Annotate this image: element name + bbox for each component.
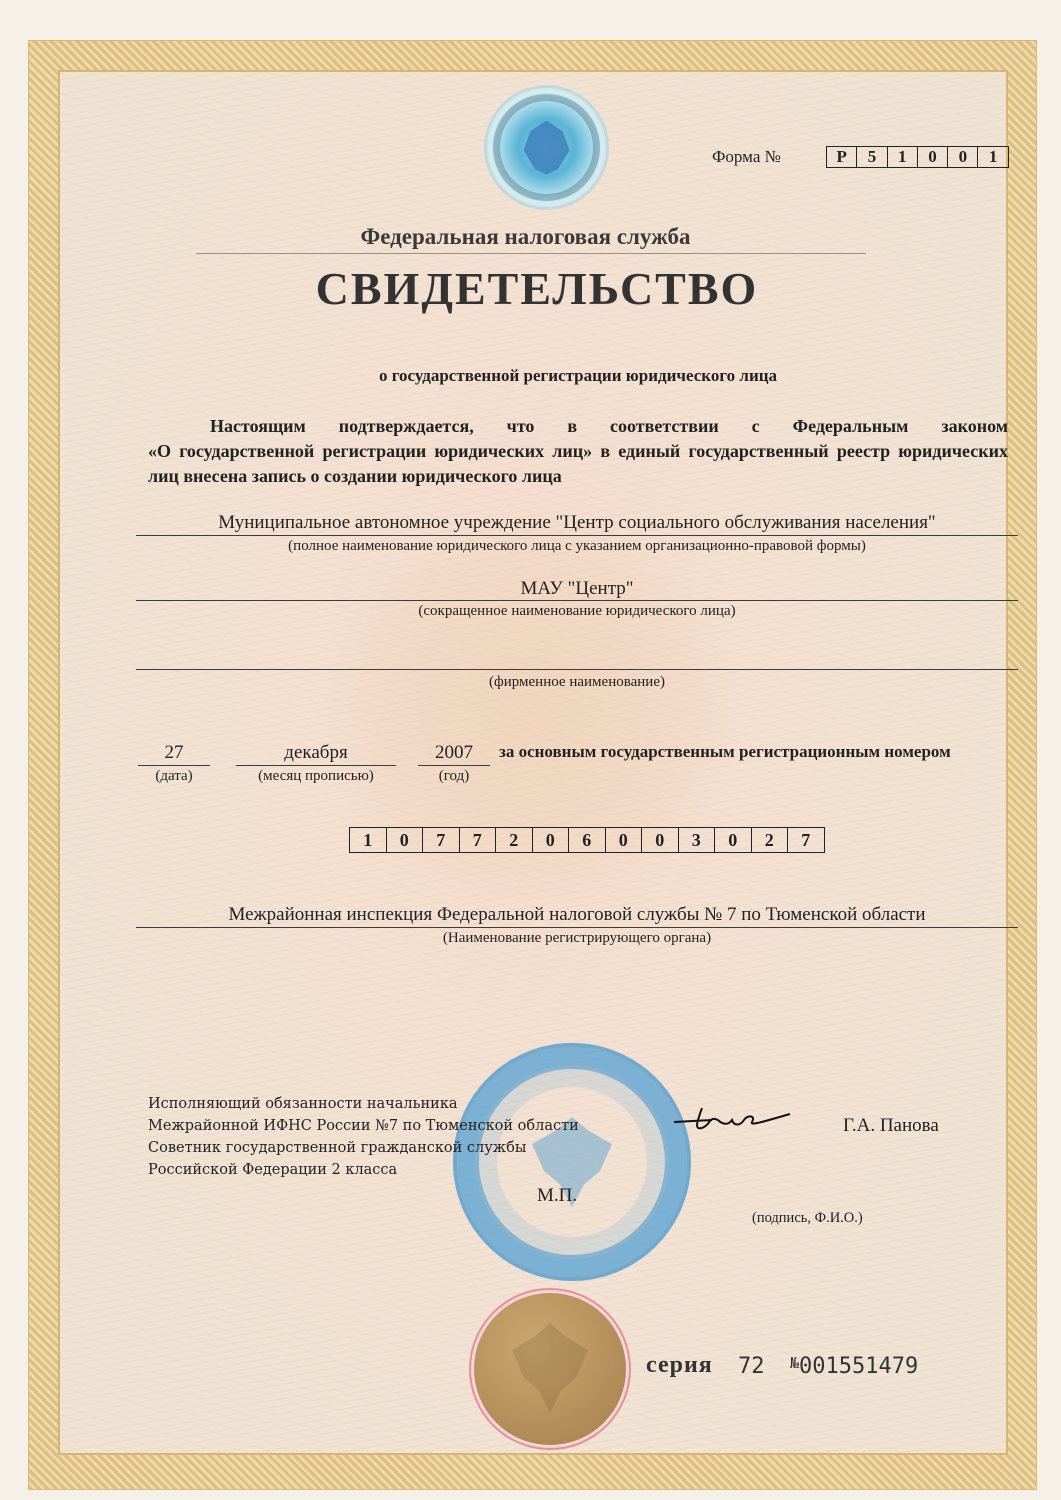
ogrn-digit: 7 [459,828,496,852]
full-name-value: Муниципальное автономное учреждение "Цен… [136,512,1018,534]
series-value: 72 [738,1354,765,1379]
short-name-line [136,600,1018,601]
signatory-line: Российской Федерации 2 класса [148,1159,579,1181]
signatory-line: Межрайонной ИФНС России №7 по Тюменской … [148,1115,579,1137]
signature-caption: (подпись, Ф.И.О.) [752,1210,863,1227]
ogrn-digit: 7 [422,828,459,852]
gold-embossed-seal-icon [474,1293,626,1445]
date-year-caption: (год) [418,768,490,785]
short-name-value: МАУ "Центр" [136,578,1018,600]
brand-name-line [136,669,1018,670]
date-day: 27 [138,742,210,764]
form-char: 1 [977,147,1007,167]
handwritten-signature-icon [672,1100,792,1140]
registrar-value: Межрайонная инспекция Федеральной налого… [136,904,1018,926]
form-number-label: Форма № [712,147,781,167]
agency-divider [196,253,866,254]
signatory-line: Исполняющий обязанности начальника [148,1093,579,1115]
ogrn-digit: 2 [751,828,788,852]
agency-name: Федеральная налоговая служба [0,224,1061,250]
statement-line-1: Настоящим подтверждается, что в соответс… [148,414,1008,439]
ogrn-digit: 3 [678,828,715,852]
ogrn-digit: 7 [787,828,824,852]
ogrn-digit: 0 [714,828,751,852]
form-number-boxes: Р 5 1 0 0 1 [826,146,1009,168]
date-day-line [138,765,210,766]
signatory-line: Советник государственной гражданской слу… [148,1137,579,1159]
brand-name-caption: (фирменное наименование) [136,674,1018,691]
date-year-line [418,765,490,766]
ogrn-lead-text: за основным государственным регистрацион… [499,742,951,762]
date-year: 2007 [418,742,490,764]
ogrn-digit: 0 [641,828,678,852]
certificate-number-value: 001551479 [799,1354,918,1379]
date-day-caption: (дата) [138,768,210,785]
certificate-number: №001551479 [790,1354,918,1379]
document-subtitle: о государственной регистрации юридическо… [0,366,1061,386]
form-char: 5 [856,147,886,167]
form-char: 1 [887,147,917,167]
series-label: серия [646,1352,713,1379]
date-month: декабря [236,742,396,764]
registrar-line [136,927,1018,928]
ogrn-digit: 6 [568,828,605,852]
number-sign: № [790,1354,799,1372]
full-name-line [136,535,1018,536]
ogrn-digit: 0 [605,828,642,852]
ogrn-digit: 2 [495,828,532,852]
signer-name: Г.А. Панова [843,1115,939,1137]
document-title: СВИДЕТЕЛЬСТВО [0,262,1061,315]
form-char: 0 [947,147,977,167]
date-month-line [236,765,396,766]
ogrn-digit: 0 [532,828,569,852]
registrar-caption: (Наименование регистрирующего органа) [136,930,1018,947]
full-name-caption: (полное наименование юридического лица с… [136,538,1018,555]
ogrn-digit: 1 [350,828,386,852]
form-char: 0 [917,147,947,167]
ogrn-digit: 0 [386,828,423,852]
fns-hologram-emblem-icon [487,88,606,207]
date-month-caption: (месяц прописью) [236,768,396,785]
signatory-title: Исполняющий обязанности начальника Межра… [148,1093,579,1181]
seal-eagle-icon [512,1323,588,1413]
seal-place-label: М.П. [537,1185,577,1207]
short-name-caption: (сокращенное наименование юридического л… [136,603,1018,620]
statement-rest: «О государственной регистрации юридическ… [148,441,1008,486]
ogrn-boxes: 1 0 7 7 2 0 6 0 0 3 0 2 7 [349,827,825,853]
form-char: Р [827,147,856,167]
statement-paragraph: Настоящим подтверждается, что в соответс… [148,414,1008,489]
